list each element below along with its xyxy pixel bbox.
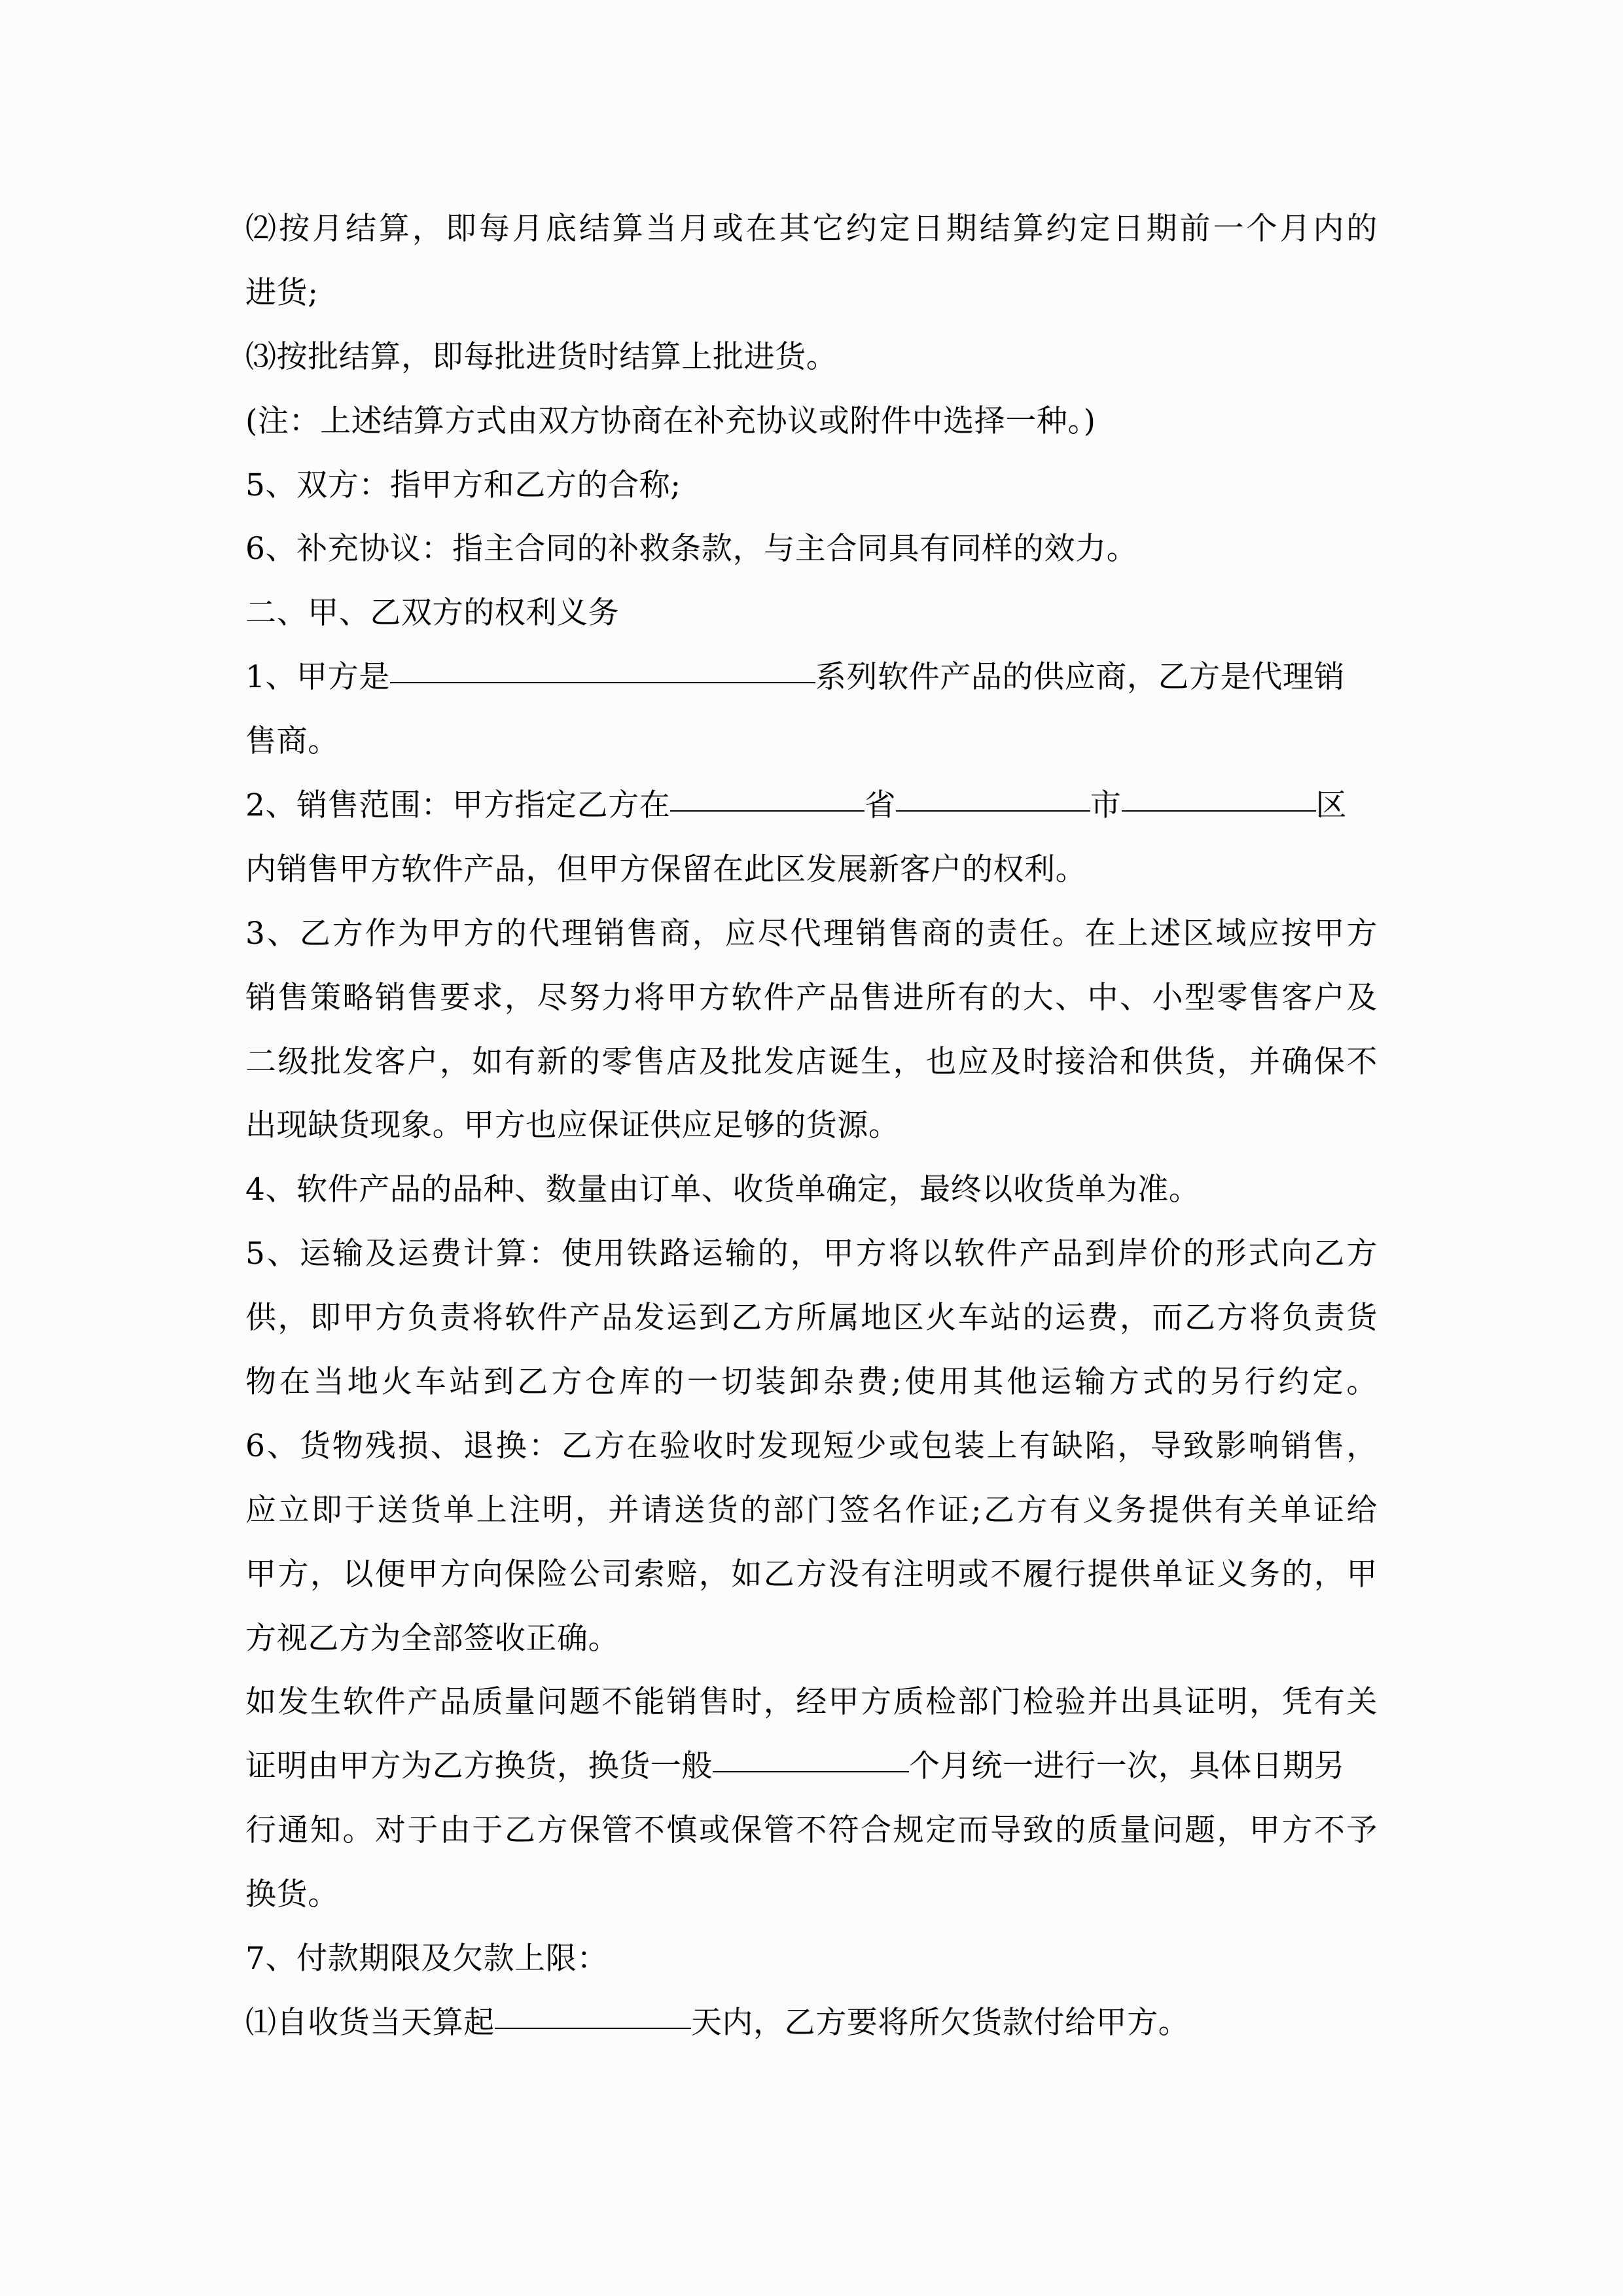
document-line: ⑵按月结算，即每月底结算当月或在其它约定日期结算约定日期前一个月内的: [245, 197, 1378, 261]
document-line: 售商。: [245, 709, 1378, 774]
document-page: ⑵按月结算，即每月底结算当月或在其它约定日期结算约定日期前一个月内的进货;⑶按批…: [245, 197, 1378, 2055]
fill-in-blank: [670, 810, 865, 812]
document-line: 进货;: [245, 261, 1378, 325]
fill-in-blank: [713, 1770, 909, 1772]
line-text-segment: 天内，乙方要将所欠货款付给甲方。: [691, 2005, 1190, 2041]
document-line: 出现缺货现象。甲方也应保证供应足够的货源。: [245, 1094, 1378, 1158]
document-line: 6、补充协议：指主合同的补救条款，与主合同具有同样的效力。: [245, 517, 1378, 581]
document-line: ⑴自收货当天算起天内，乙方要将所欠货款付给甲方。: [245, 1991, 1378, 2055]
document-line: 证明由甲方为乙方换货，换货一般个月统一进行一次，具体日期另: [245, 1734, 1378, 1799]
document-line: 7、付款期限及欠款上限：: [245, 1927, 1378, 1991]
document-line: 方视乙方为全部签收正确。: [245, 1607, 1378, 1671]
document-line: 4、软件产品的品种、数量由订单、收货单确定，最终以收货单为准。: [245, 1158, 1378, 1222]
fill-in-blank: [1122, 810, 1316, 812]
document-line: ⑶按批结算，即每批进货时结算上批进货。: [245, 325, 1378, 389]
line-text-segment: 证明由甲方为乙方换货，换货一般: [245, 1748, 713, 1784]
document-line: 2、销售范围：甲方指定乙方在省市区: [245, 774, 1378, 838]
document-line: 1、甲方是系列软件产品的供应商，乙方是代理销: [245, 645, 1378, 709]
document-line: 3、乙方作为甲方的代理销售商，应尽代理销售商的责任。在上述区域应按甲方: [245, 902, 1378, 966]
document-line: 甲方，以便甲方向保险公司索赔，如乙方没有注明或不履行提供单证义务的，甲: [245, 1543, 1378, 1607]
fill-in-blank: [896, 810, 1090, 812]
line-text-segment: 个月统一进行一次，具体日期另: [909, 1748, 1345, 1784]
line-text-segment: 市: [1090, 787, 1122, 823]
document-line: 5、双方：指甲方和乙方的合称;: [245, 454, 1378, 518]
line-text-segment: 1、甲方是: [245, 659, 390, 695]
document-line: 二级批发客户，如有新的零售店及批发店诞生，也应及时接洽和供货，并确保不: [245, 1030, 1378, 1094]
line-text-segment: ⑴自收货当天算起: [245, 2005, 495, 2041]
document-line: 物在当地火车站到乙方仓库的一切装卸杂费;使用其他运输方式的另行约定。: [245, 1350, 1378, 1414]
line-text-segment: 2、销售范围：甲方指定乙方在: [245, 787, 670, 823]
document-line: 内销售甲方软件产品，但甲方保留在此区发展新客户的权利。: [245, 838, 1378, 902]
document-line: 行通知。对于由于乙方保管不慎或保管不符合规定而导致的质量问题，甲方不予: [245, 1799, 1378, 1863]
line-text-segment: 系列软件产品的供应商，乙方是代理销: [815, 659, 1345, 695]
fill-in-blank: [495, 2027, 691, 2029]
document-line: 5、运输及运费计算：使用铁路运输的，甲方将以软件产品到岸价的形式向乙方: [245, 1222, 1378, 1286]
fill-in-blank: [390, 681, 815, 683]
document-line: (注：上述结算方式由双方协商在补充协议或附件中选择一种。): [245, 389, 1378, 454]
document-line: 如发生软件产品质量问题不能销售时，经甲方质检部门检验并出具证明，凭有关: [245, 1670, 1378, 1734]
document-line: 供，即甲方负责将软件产品发运到乙方所属地区火车站的运费，而乙方将负责货: [245, 1286, 1378, 1350]
document-line: 应立即于送货单上注明，并请送货的部门签名作证;乙方有义务提供有关单证给: [245, 1479, 1378, 1543]
document-line: 6、货物残损、退换：乙方在验收时发现短少或包装上有缺陷，导致影响销售，: [245, 1414, 1378, 1479]
document-line: 二、甲、乙双方的权利义务: [245, 581, 1378, 645]
document-line: 销售策略销售要求，尽努力将甲方软件产品售进所有的大、中、小型零售客户及: [245, 966, 1378, 1030]
line-text-segment: 区: [1316, 787, 1347, 823]
line-text-segment: 省: [865, 787, 896, 823]
document-line: 换货。: [245, 1863, 1378, 1927]
